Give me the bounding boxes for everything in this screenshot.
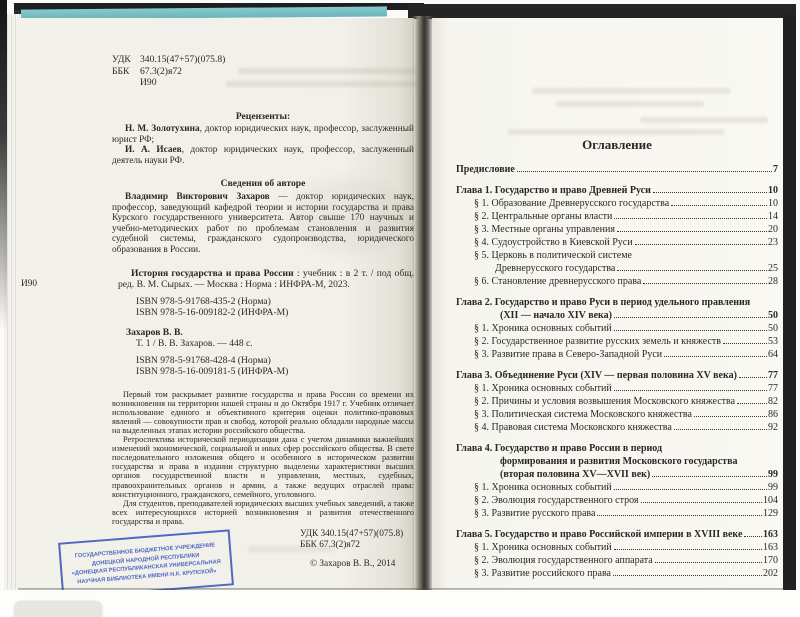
toc-page-number: 20 xyxy=(768,223,778,236)
ghost-mark xyxy=(290,178,410,253)
toc-chapter-entry: Глава 2. Государство и право Руси в пери… xyxy=(456,296,778,322)
toc-paragraph-entry: § 6. Становление древнерусского права28 xyxy=(456,275,778,288)
scan-left-shadow xyxy=(0,0,7,330)
toc-paragraph-entry: § 2. Эволюция государственного строя104 xyxy=(456,494,778,507)
annotation-paragraph: Первый том раскрывает развитие государст… xyxy=(112,390,414,435)
author-name: Владимир Викторович Захаров xyxy=(125,192,270,202)
annotation-paragraph: Ретроспектива исторической периодизации … xyxy=(112,435,414,499)
toc-chapter-entry: Глава 1. Государство и право Древней Рус… xyxy=(456,184,778,197)
toc-page-number: 86 xyxy=(768,408,778,421)
toc-paragraph-entry: § 2. Центральные органы власти14 xyxy=(456,210,778,223)
bottom-udk: УДК 340.15(47+57)(075.8) xyxy=(300,529,403,540)
toc-page-number: 7 xyxy=(773,163,778,176)
toc-page-number: 99 xyxy=(768,481,778,494)
toc-line: § 2. Центральные органы власти14 xyxy=(474,210,778,223)
dot-leader xyxy=(694,416,767,417)
udk-value: 340.15(47+57)(075.8) xyxy=(140,54,225,65)
toc-text: § 2. Причины и условия возвышения Москов… xyxy=(474,395,735,408)
toc-line: Предисловие7 xyxy=(456,163,778,176)
toc-paragraph-entry: § 1. Хроника основных событий163 xyxy=(456,541,778,554)
toc-text: § 1. Образование Древнерусского государс… xyxy=(474,197,669,210)
isbn-2: ISBN 978-5-16-009182-2 (ИНФРА-М) xyxy=(136,307,414,319)
toc-line: § 6. Становление древнерусского права28 xyxy=(474,275,778,288)
toc-text: (вторая половина XV—XVII век) xyxy=(500,468,650,481)
udk-label: УДК xyxy=(112,54,140,66)
toc-line: § 1. Хроника основных событий99 xyxy=(474,481,778,494)
ghost-text xyxy=(556,101,704,107)
toc-paragraph-entry: § 3. Развитие российского права202 xyxy=(456,567,778,580)
left-page: УДК340.15(47+57)(075.8) ББК67.3(2)я72 И9… xyxy=(18,18,414,590)
toc-text: § 2. Центральные органы власти xyxy=(474,210,612,223)
toc-paragraph-entry: § 2. Эволюция государственного аппарата1… xyxy=(456,554,778,567)
ghost-text xyxy=(248,546,334,552)
toc-page-number: 99 xyxy=(768,468,778,481)
toc-paragraph-entry: § 3. Развитие русского права129 xyxy=(456,507,778,520)
toc-page-number: 170 xyxy=(763,554,778,567)
toc-text: § 3. Развитие российского права xyxy=(474,567,611,580)
bbk-label: ББК xyxy=(112,66,140,78)
toc-line: Глава 2. Государство и право Руси в пери… xyxy=(456,296,778,309)
toc-text: § 4. Судоустройство в Киевской Руси xyxy=(474,236,633,249)
toc-text: § 2. Государственное развитие русских зе… xyxy=(474,335,721,348)
toc-line: Глава 5. Государство и право Российской … xyxy=(456,528,778,541)
toc-page-number: 28 xyxy=(768,275,778,288)
dot-leader xyxy=(614,218,767,219)
book-title: История государства и права России xyxy=(131,268,294,279)
toc-paragraph-entry: § 3. Политическая система Московского кн… xyxy=(456,408,778,421)
toc-paragraph-entry: § 2. Причины и условия возвышения Москов… xyxy=(456,395,778,408)
reviewer-1: Н. М. Золотухина, доктор юридических нау… xyxy=(112,124,414,145)
scan-right-bar xyxy=(783,15,796,592)
dot-leader xyxy=(739,377,767,378)
toc-line: § 3. Развитие права в Северо-Западной Ру… xyxy=(474,348,778,361)
dot-leader xyxy=(737,403,767,404)
cover-corner xyxy=(14,601,102,617)
toc-paragraph-entry: § 3. Местные органы управления20 xyxy=(456,223,778,236)
toc-line: Древнерусского государства25 xyxy=(474,262,778,275)
ghost-text xyxy=(238,68,416,74)
toc-text: Глава 1. Государство и право Древней Рус… xyxy=(456,184,651,197)
toc-page-number: 10 xyxy=(768,197,778,210)
toc-chapter-entry: Глава 5. Государство и право Российской … xyxy=(456,528,778,541)
reviewer-2-name: И. А. Исаев xyxy=(125,145,182,155)
toc-page-number: 23 xyxy=(768,236,778,249)
book-scan: УДК340.15(47+57)(075.8) ББК67.3(2)я72 И9… xyxy=(0,0,800,617)
toc-text: § 2. Эволюция государственного строя xyxy=(474,494,639,507)
toc-text: Предисловие xyxy=(456,163,515,176)
toc-page-number: 163 xyxy=(763,541,778,554)
dot-leader xyxy=(614,390,767,391)
toc-text: § 1. Хроника основных событий xyxy=(474,481,612,494)
dot-leader xyxy=(652,476,767,477)
annotation: Первый том раскрывает развитие государст… xyxy=(112,390,414,526)
toc-paragraph-entry: § 1. Образование Древнерусского государс… xyxy=(456,197,778,210)
toc-paragraph-entry: § 2. Государственное развитие русских зе… xyxy=(456,335,778,348)
toc-chapter-entry: Глава 3. Объединение Руси (XIV — первая … xyxy=(456,369,778,382)
toc-paragraph-entry: § 1. Хроника основных событий77 xyxy=(456,382,778,395)
isbn-4: ISBN 978-5-16-009181-5 (ИНФРА-М) xyxy=(136,366,414,378)
toc-page-number: 163 xyxy=(763,528,778,541)
toc-line: Глава 3. Объединение Руси (XIV — первая … xyxy=(456,369,778,382)
book-spine-shadow xyxy=(412,16,434,592)
toc-paragraph-entry: § 5. Церковь в политической системеДревн… xyxy=(456,249,778,275)
dot-leader xyxy=(653,192,767,193)
toc-paragraph-entry: § 3. Развитие права в Северо-Западной Ру… xyxy=(456,348,778,361)
toc-text: § 3. Развитие права в Северо-Западной Ру… xyxy=(474,348,662,361)
dot-leader xyxy=(614,330,767,331)
reviewer-1-name: Н. М. Золотухина xyxy=(125,124,200,134)
toc-line: § 2. Причины и условия возвышения Москов… xyxy=(474,395,778,408)
toc-text: Древнерусского государства xyxy=(495,262,615,275)
toc-page-number: 82 xyxy=(768,395,778,408)
dot-leader xyxy=(613,575,762,576)
dot-leader xyxy=(617,231,767,232)
bib-author: Захаров В. В. xyxy=(126,327,414,339)
toc-text: § 3. Политическая система Московского кн… xyxy=(474,408,692,421)
toc-page-number: 77 xyxy=(768,369,778,382)
toc-line: § 3. Местные органы управления20 xyxy=(474,223,778,236)
toc-line: § 3. Развитие русского права129 xyxy=(474,507,778,520)
dot-leader xyxy=(617,270,767,271)
reviewer-2: И. А. Исаев, доктор юридических наук, пр… xyxy=(112,145,414,166)
bib-volume: Т. 1 / В. В. Захаров. — 448 с. xyxy=(136,338,414,350)
toc-text: (XII — начало XIV века) xyxy=(500,309,612,322)
dot-leader xyxy=(643,283,767,284)
toc-paragraph-entry: § 1. Хроника основных событий50 xyxy=(456,322,778,335)
dot-leader xyxy=(635,244,767,245)
toc-page-number: 77 xyxy=(768,382,778,395)
dot-leader xyxy=(664,356,767,357)
dot-leader xyxy=(614,317,767,318)
toc-page-number: 104 xyxy=(763,494,778,507)
ghost-text xyxy=(640,117,768,123)
toc-page-number: 92 xyxy=(768,421,778,434)
toc-text: § 3. Развитие русского права xyxy=(474,507,595,520)
dot-leader xyxy=(597,515,762,516)
toc-line: § 2. Эволюция государственного аппарата1… xyxy=(474,554,778,567)
dot-leader xyxy=(671,205,767,206)
toc-line: § 4. Правовая система Московского княжес… xyxy=(474,421,778,434)
scanner-bed xyxy=(0,590,800,617)
toc-paragraph-entry: § 4. Судоустройство в Киевской Руси23 xyxy=(456,236,778,249)
isbn-3: ISBN 978-5-91768-428-4 (Норма) xyxy=(136,355,414,367)
toc-text: § 3. Местные органы управления xyxy=(474,223,615,236)
dot-leader xyxy=(744,536,762,537)
ghost-text xyxy=(226,81,420,87)
reviewers-heading: Рецензенты: xyxy=(112,112,414,123)
toc-text: § 2. Эволюция государственного аппарата xyxy=(474,554,653,567)
table-of-contents: Предисловие7Глава 1. Государство и право… xyxy=(456,163,778,580)
toc-line: § 2. Государственное развитие русских зе… xyxy=(474,335,778,348)
dot-leader xyxy=(641,502,763,503)
toc-line: § 1. Хроника основных событий163 xyxy=(474,541,778,554)
toc-text: § 4. Правовая система Московского княжес… xyxy=(474,421,672,434)
margin-book-code: И90 xyxy=(21,279,37,290)
ghost-text xyxy=(508,129,724,135)
toc-line: Глава 1. Государство и право Древней Рус… xyxy=(456,184,778,197)
toc-page-number: 10 xyxy=(768,184,778,197)
toc-page-number: 50 xyxy=(768,309,778,322)
toc-line: Глава 4. Государство и право России в пе… xyxy=(456,442,778,455)
toc-line: § 1. Образование Древнерусского государс… xyxy=(474,197,778,210)
toc-page-number: 25 xyxy=(768,262,778,275)
toc-paragraph-entry: § 4. Правовая система Московского княжес… xyxy=(456,421,778,434)
toc-line: § 5. Церковь в политической системе xyxy=(474,249,778,262)
toc-text: § 1. Хроника основных событий xyxy=(474,322,612,335)
toc-chapter-entry: Предисловие7 xyxy=(456,163,778,176)
toc-page-number: 129 xyxy=(763,507,778,520)
dot-leader xyxy=(655,562,762,563)
toc-line: § 2. Эволюция государственного строя104 xyxy=(474,494,778,507)
isbn-1: ISBN 978-5-91768-435-2 (Норма) xyxy=(136,296,414,308)
toc-page-number: 50 xyxy=(768,322,778,335)
toc-line: формирования и развития Московского госу… xyxy=(456,455,778,468)
toc-paragraph-entry: § 1. Хроника основных событий99 xyxy=(456,481,778,494)
dot-leader xyxy=(674,429,767,430)
bibliographic-entry: И90 История государства и права России :… xyxy=(112,268,414,378)
toc-line: (XII — начало XIV века)50 xyxy=(456,309,778,322)
toc-line: § 3. Политическая система Московского кн… xyxy=(474,408,778,421)
copyright-line: © Захаров В. В., 2014 xyxy=(310,559,395,569)
dot-leader xyxy=(614,549,762,550)
toc-text: § 1. Хроника основных событий xyxy=(474,541,612,554)
toc-line: § 4. Судоустройство в Киевской Руси23 xyxy=(474,236,778,249)
toc-line: § 3. Развитие российского права202 xyxy=(474,567,778,580)
toc-line: (вторая половина XV—XVII век)99 xyxy=(456,468,778,481)
toc-line: § 1. Хроника основных событий50 xyxy=(474,322,778,335)
toc-page-number: 64 xyxy=(768,348,778,361)
toc-text: Глава 3. Объединение Руси (XIV — первая … xyxy=(456,369,737,382)
toc-text: Глава 5. Государство и право Российской … xyxy=(456,528,742,541)
dot-leader xyxy=(723,343,767,344)
toc-page-number: 14 xyxy=(768,210,778,223)
toc-text: § 6. Становление древнерусского права xyxy=(474,275,641,288)
dot-leader xyxy=(614,489,767,490)
toc-page-number: 202 xyxy=(763,567,778,580)
ghost-text xyxy=(532,88,730,94)
toc-chapter-entry: Глава 4. Государство и право России в пе… xyxy=(456,442,778,481)
toc-line: § 1. Хроника основных событий77 xyxy=(474,382,778,395)
scan-top-bar-right xyxy=(408,4,796,19)
annotation-paragraph: Для студентов, преподавателей юридически… xyxy=(112,499,414,526)
bbk-value: 67.3(2)я72 xyxy=(140,66,182,77)
toc-text: § 1. Хроника основных событий xyxy=(474,382,612,395)
dot-leader xyxy=(517,171,772,172)
toc-title: Оглавление xyxy=(456,138,778,151)
toc-page-number: 53 xyxy=(768,335,778,348)
